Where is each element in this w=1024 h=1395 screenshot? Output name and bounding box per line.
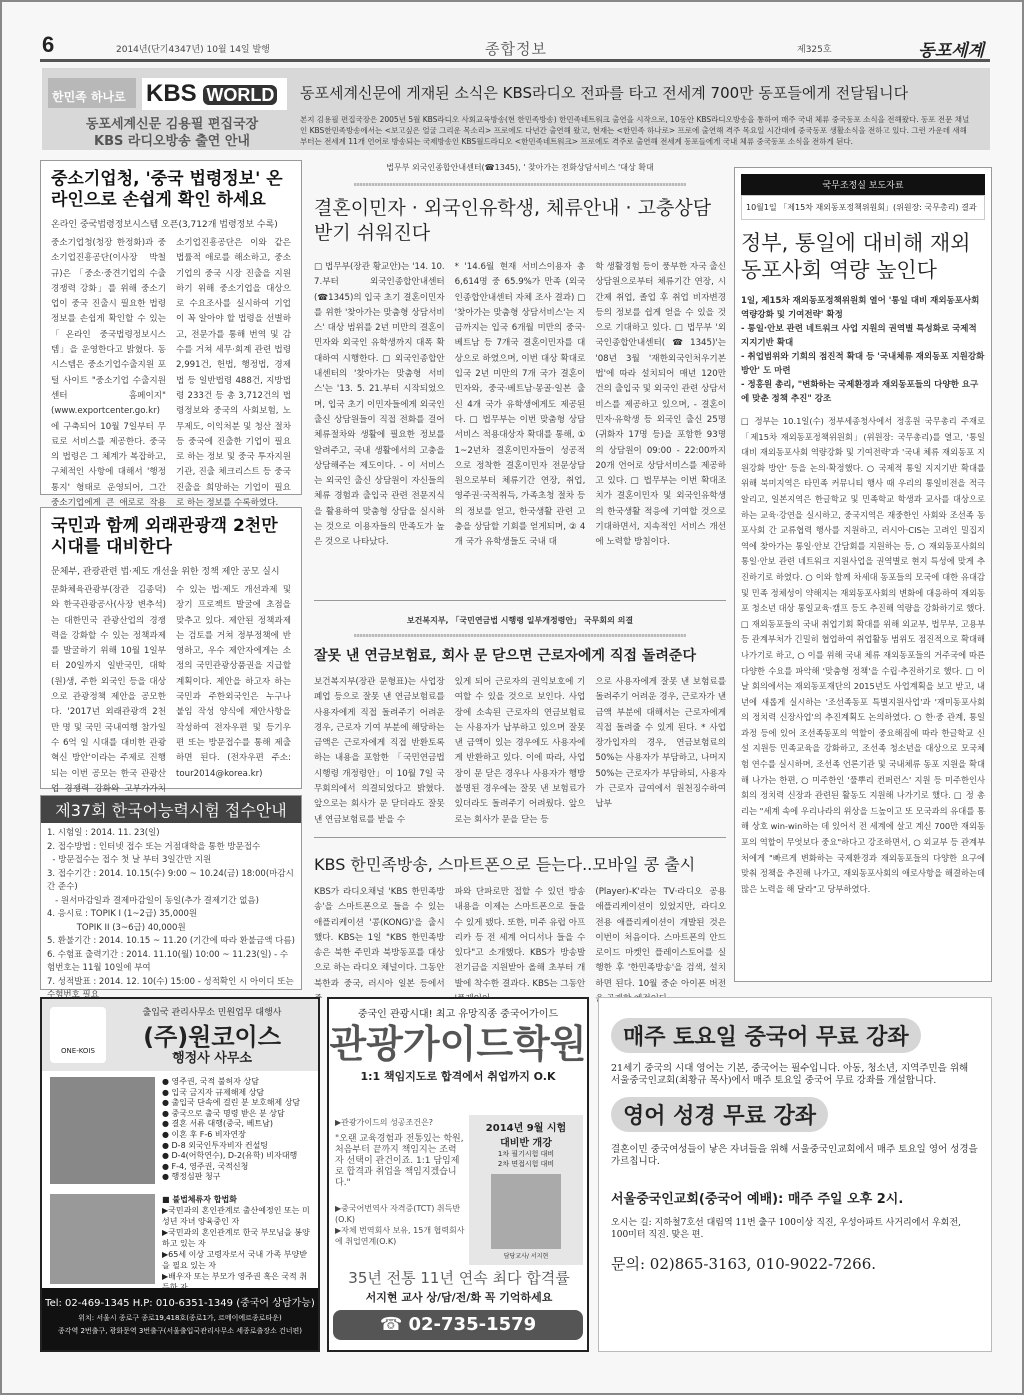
topik-title: 제37회 한국어능력시험 접수안내 — [41, 796, 301, 823]
box-line: 1차 필기시험 대비 — [469, 1149, 583, 1159]
newspaper-logo: 동포세계 — [918, 36, 984, 61]
banner-sub1: 동포세계신문 김용필 편집국장 — [62, 116, 282, 133]
ad-question: ▶관광가이드의 성공조건은? — [335, 1117, 465, 1128]
ad-tagline: 35년 전통 11년 연속 최다 합격률 — [333, 1267, 585, 1288]
ad-slogan: 1:1 책임지도로 합격에서 취업까지 O.K — [329, 1068, 587, 1084]
article-kicker: 보건복지부, 「국민연금법 시행령 일부개정령안」 국무회의 의결 — [314, 615, 726, 626]
list-item: ● D-4(어학연수), D-2(유학) 비자대행 — [162, 1151, 317, 1162]
contact-addr: 위치: 서울시 종로구 종로19,418호(종로1가, 르메이에르종로타운) — [42, 1313, 318, 1323]
directions: 오시는 길: 지하철7호선 대림역 11번 출구 100이상 직진, 우성아파트… — [611, 1217, 979, 1241]
list-item: ● D-8 외국인투자비자 컨설팅 — [162, 1141, 317, 1152]
section-title: 종합정보 — [485, 38, 547, 59]
office-photo — [50, 1194, 155, 1284]
ad-tour-guide: 중국인 관광시대! 최고 유망직종 중국어가이드 관광가이드학원 1:1 책임지… — [327, 997, 589, 1352]
article-subtitle: 온라인 중국법령정보시스템 오픈(3,712개 법령정보 수록) — [51, 217, 291, 230]
office-photo — [50, 1077, 155, 1184]
article-col: 중소기업청(청장 한정화)과 중소기업진흥공단(이사장 박철규)은 「중소·중견… — [51, 236, 166, 527]
article-immigration: 법무부 외국인종합안내센터(☎1345), ' 찾아가는 전화상담서비스 '대상… — [314, 162, 726, 551]
ad-top: 중국인 관광시대! 최고 유망직종 중국어가이드 — [329, 1005, 587, 1020]
article-china-law: 중소기업청, '중국 법령정보' 온라인으로 손쉽게 확인 하세요 온라인 중국… — [40, 160, 302, 495]
list-item: ▶국민과의 혼인관계로 한국 부모님을 봉양하고 있는 자 — [162, 1227, 314, 1249]
article-kicker: 10월1일 「제15차 재외동포정책위원회」(위원장: 국무총리) 결과 — [741, 195, 985, 220]
list-item: - 방문접수는 접수 첫 날 부터 3일간만 지원 — [47, 854, 295, 868]
article-title: 잘못 낸 연금보험료, 회사 문 닫으면 근로자에게 직접 돌려준다 — [314, 645, 726, 665]
teacher-photo — [491, 1174, 561, 1249]
ad-heading: 매주 토요일 중국어 무료 강좌 — [611, 1018, 921, 1053]
legal-title: ■ 불법체류자 합법화 — [162, 1195, 237, 1204]
banner-sub2: KBS 라디오방송 출연 안내 — [62, 133, 282, 150]
ad-heading: 영어 성경 무료 강좌 — [611, 1097, 828, 1132]
list-item: ● 결혼 서류 대행(중국, 베트남) — [162, 1119, 317, 1130]
list-item: TOPIK II (3~6급) 40,000원 — [47, 922, 295, 936]
onekois-logo: ONE-KOIS — [50, 1007, 106, 1063]
article-col: 학 생활경험 등이 풍부한 자국 출신 상담원으로부터 체류기간 연장, 시간제… — [595, 260, 726, 551]
kbs-text: KBS — [146, 80, 197, 107]
article-title: 결혼이민자 · 외국인유학생, 체류안내 · 고충상담 받기 쉬워진다 — [314, 196, 726, 246]
newspaper-page: 6 2014년(단기4347년) 10월 14일 발행 종합정보 제325호 동… — [0, 0, 1024, 1395]
article-tourism: 국민과 함께 외래관광객 2천만 시대를 대비한다 문체부, 관광관련 법·제도… — [40, 507, 302, 789]
page-number: 6 — [42, 32, 54, 58]
article-kicker: 법무부 외국인종합안내센터(☎1345), ' 찾아가는 전화상담서비스 '대상… — [314, 162, 726, 173]
list-item: 3. 접수기간 : 2014. 10.15(수) 9:00 ~ 10.24(금)… — [47, 868, 295, 895]
article-kbs-kong: KBS 한민족방송, 스마트폰으로 듣는다..모바일 콩 출시 KBS가 라디오… — [314, 837, 726, 1007]
list-item: 6. 수험표 출력기간 : 2014. 11.10(월) 10:00 ~ 11.… — [47, 949, 295, 976]
box-line: 2차 면접시험 대비 — [469, 1159, 583, 1169]
article-col: KBS가 라디오채널 'KBS 한민족방송'을 스마트폰으로 들을 수 있는 애… — [314, 885, 445, 1007]
service-list: ● 영주권, 국적 불허자 상담● 입국 금지자 규제해제 상담● 출입국 단속… — [162, 1077, 317, 1183]
ad-company-sub: 행정사 사무소 — [112, 1047, 312, 1066]
article-col: 소기업진흥공단은 이와 같은 법률적 애로를 해소하고, 중소기업의 중국 시장… — [176, 236, 291, 527]
article-col: □ 법무부(장관 황교안)는 '14. 10. 7.부터 외국인종합안내센터(☎… — [314, 260, 445, 551]
exam-class-box: 2014년 9월 시험 대비반 개강 1차 필기시험 대비 2차 면접시험 대비… — [469, 1115, 583, 1265]
list-item: ● 행정심판 청구 — [162, 1172, 317, 1183]
article-col: 파와 단파로만 접할 수 있던 방송 내용을 이제는 스마트폰으로 들을 수 있… — [455, 885, 586, 1007]
worship-time: 서울중국인교회(중국어 예배): 매주 주일 오후 2시. — [611, 1188, 979, 1207]
ad-onekois: ONE-KOIS 출입국 관리사무소 민원업무 대행사 (주)원코이스 행정사 … — [40, 997, 320, 1352]
ad-text: 결혼이민 중국여성들이 낳은 자녀들을 위해 서울중국인교회에서 매주 토요일 … — [611, 1144, 979, 1168]
teacher-caption: 담당교사/ 서지현 — [469, 1251, 583, 1260]
topik-list: 1. 시험일 : 2014. 11. 23(일)2. 접수방법 : 인터넷 접수… — [41, 823, 301, 1007]
list-item: ● 이혼 후 F-6 비자연장 — [162, 1130, 317, 1141]
contact-bar: Tel: 02-469-1345 H.P: 010-6351-1349 (중국어… — [42, 1288, 318, 1350]
article-lead: 1일, 제15차 재외동포정책위원회 열어 '통일 대비 재외동포사회 역량강화… — [741, 294, 985, 406]
banner-headline: 동포세계신문에 게재된 소식은 KBS라디오 전파를 타고 전세계 700만 동… — [300, 82, 908, 103]
issue-date: 2014년(단기4347년) 10월 14일 발행 — [116, 42, 270, 55]
banner-subtitle: 동포세계신문 김용필 편집국장KBS 라디오방송 출연 안내 — [62, 116, 282, 150]
list-item: 4. 응시료 : TOPIK I (1~2급) 35,000원 — [47, 908, 295, 922]
ad-bullet: ▶중국어번역사 자격증(TCT) 취득반(O.K) — [335, 1203, 465, 1225]
article-body: □ 정부는 10.1일(수) 정부세종청사에서 정홍원 국무총리 주재로 「제1… — [741, 414, 985, 897]
article-title: 중소기업청, '중국 법령정보' 온라인으로 손쉽게 확인 하세요 — [51, 169, 291, 211]
list-item: 1. 시험일 : 2014. 11. 23(일) — [47, 827, 295, 841]
box-title: 2014년 9월 시험 — [469, 1119, 583, 1134]
world-text: WORLD — [203, 85, 277, 105]
article-title: KBS 한민족방송, 스마트폰으로 듣는다..모바일 콩 출시 — [314, 852, 726, 875]
article-title: 정부, 통일에 대비해 재외동포사회 역량 높인다 — [741, 230, 985, 284]
article-col: * '14.6월 현재 서비스이용자 총 6,614명 중 65.9%가 만족 … — [455, 260, 586, 551]
list-item: ● 중국으로 출국 명령 받은 분 상담 — [162, 1109, 317, 1120]
list-item: 5. 환불기간 : 2014. 10.15 ~ 11.20 (기간에 따라 환불… — [47, 935, 295, 949]
hanminjok-logo: 한민족 하나로 — [48, 78, 136, 108]
ad-church: 매주 토요일 중국어 무료 강좌 21세기 중국의 시대 영어는 기본, 중국어… — [598, 997, 992, 1352]
article-col: 으로 사용자에게 잘못 낸 보험료를 돌려주기 어려운 경우, 근로자가 낸 금… — [595, 675, 726, 828]
contact-addr: 종각역 2번출구, 광화문역 3번출구(서울출입국관리사무소 세종로출장소 건너… — [42, 1326, 318, 1336]
list-item: 2. 접수방법 : 인터넷 접수 또는 거점대학을 통한 방문접수 — [47, 841, 295, 855]
ad-tagline: 서지현 교사 상/담/전/화 꼭 기억하세요 — [333, 1289, 585, 1305]
article-col: 문화체육관광부(장관 김종덕)와 한국관광공사(사장 변추석)는 대한민국 관광… — [51, 583, 166, 812]
issue-number: 제325호 — [797, 42, 832, 55]
article-col: 수 있는 법·제도 개선과제 및 장기 프로젝트 발굴에 초점을 맞추고 있다.… — [176, 583, 291, 812]
article-col: (Player)-K'라는 TV·라디오 공용 애플리케이션이 있었지만, 라디… — [595, 885, 726, 1007]
kbs-world-logo: KBS WORLD — [142, 78, 287, 110]
ad-school-name: 관광가이드학원 — [329, 1020, 587, 1068]
list-item: ▶국민과의 혼인관계로 출산예정인 또는 미성년 자녀 양육중인 자 — [162, 1205, 314, 1227]
list-item: - 원서마감일과 결제마감일이 동일(추가 결제기간 없음) — [47, 895, 295, 909]
page-header: 6 2014년(단기4347년) 10월 14일 발행 종합정보 제325호 동… — [40, 32, 990, 62]
ad-text: 21세기 중국의 시대 영어는 기본, 중국어는 필수입니다. 아동, 청소년,… — [611, 1063, 979, 1087]
ad-quote: "오랜 교육경험과 전통있는 학원, 처음부터 끝까지 책임지는 조력자 선택이… — [335, 1134, 465, 1189]
contact-info: 문의: 02)865-3163, 010-9022-7266. — [611, 1253, 979, 1274]
article-title: 국민과 함께 외래관광객 2천만 시대를 대비한다 — [51, 516, 291, 558]
article-subtitle: 문체부, 관광관련 법·제도 개선을 위한 정책 제안 공모 실시 — [51, 564, 291, 577]
phone-number[interactable]: ☎ 02-735-1579 — [333, 1310, 583, 1340]
list-item: ● F-4, 영주권, 국적신청 — [162, 1162, 317, 1173]
list-item: ▶65세 이상 고령자로서 국내 가족 부양받을 필요 있는 자 — [162, 1249, 314, 1271]
list-item: ● 입국 금지자 규제해제 상담 — [162, 1088, 317, 1099]
contact-tel: Tel: 02-469-1345 H.P: 010-6351-1349 (중국어… — [42, 1294, 318, 1309]
list-item: ● 영주권, 국적 불허자 상담 — [162, 1077, 317, 1088]
article-pension: 보건복지부, 「국민연금법 시행령 일부개정령안」 국무회의 의결 잘못 낸 연… — [314, 600, 726, 828]
banner-body: 본지 김용필 편집국장은 2005년 5월 KBS라디오 사회교육방송(현 한민… — [300, 114, 970, 147]
list-item: ● 출입국 단속에 걸린 분 보호해제 상담 — [162, 1098, 317, 1109]
ad-bullet: ▶자체 번역회사 보유, 15개 협력회사에 취업연계(O.K) — [335, 1225, 465, 1247]
box-title: 대비반 개강 — [469, 1134, 583, 1149]
article-overseas-koreans: 국무조정실 보도자료 10월1일 「제15차 재외동포정책위원회」(위원장: 국… — [734, 167, 992, 982]
article-col: 있게 되어 근로자의 권익보호에 기여할 수 있을 것으로 보인다. 사업장에 … — [455, 675, 586, 828]
kbs-banner: 한민족 하나로 KBS WORLD 동포세계신문에 게재된 소식은 KBS라디오… — [42, 68, 990, 150]
article-col: 보건복지부(장관 문형표)는 사업장 폐업 등으로 잘못 낸 연금보험료를 사용… — [314, 675, 445, 828]
press-release-bar: 국무조정실 보도자료 — [741, 174, 985, 195]
topik-notice: 제37회 한국어능력시험 접수안내 1. 시험일 : 2014. 11. 23(… — [40, 795, 302, 990]
